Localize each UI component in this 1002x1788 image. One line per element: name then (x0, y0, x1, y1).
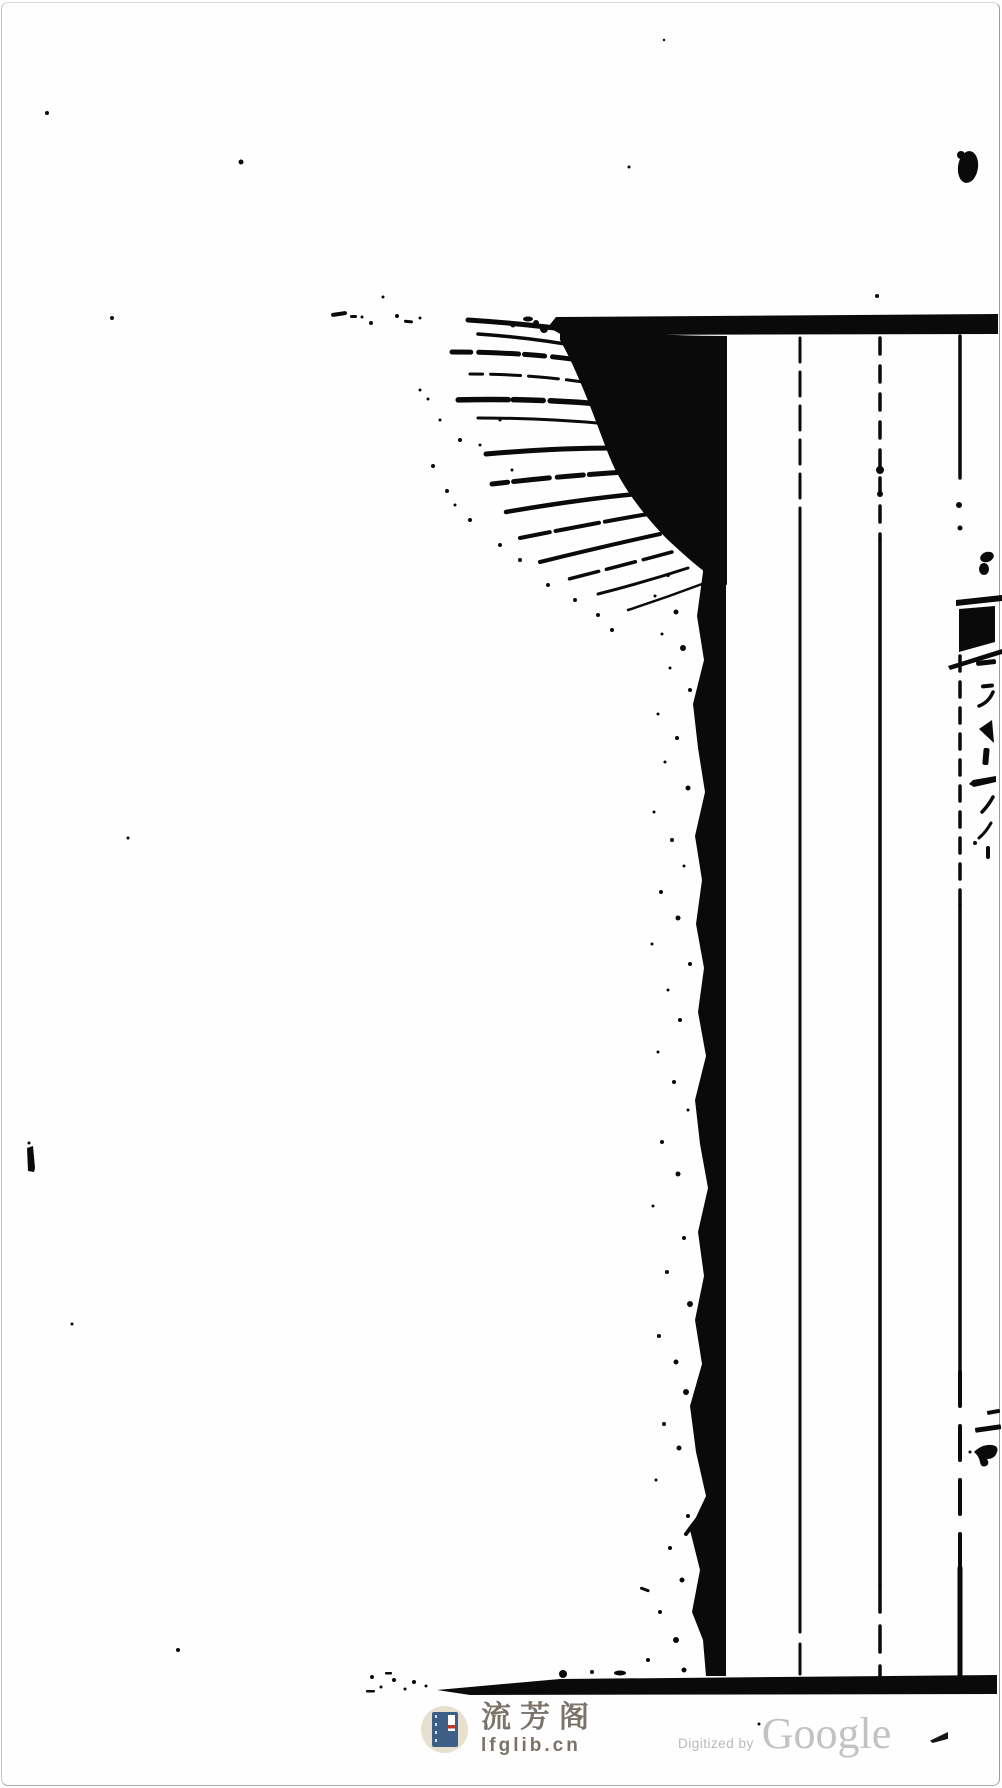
watermark-text: 流芳阁 lfglib.cn (481, 1703, 598, 1755)
column-rule-3 (956, 336, 963, 1676)
ink-specks (27, 39, 761, 1726)
google-logo: Google (762, 1712, 892, 1756)
library-watermark: 流芳阁 lfglib.cn (421, 1703, 598, 1755)
watermark-badge (421, 1706, 468, 1753)
bottom-frame-rule (366, 1668, 997, 1696)
credit-prefix: Digitized by (678, 1736, 754, 1751)
watermark-title: 流芳阁 (481, 1703, 598, 1733)
scanned-book-page: 流芳阁 lfglib.cn Digitized by Google (0, 0, 1002, 1788)
book-icon (432, 1712, 458, 1747)
ink-blob (419, 320, 728, 632)
ink-blot-top-right (956, 150, 980, 184)
digitization-credit: Digitized by Google (678, 1712, 891, 1756)
ink-artifacts-layer (0, 0, 1002, 1788)
column-rule-2 (875, 294, 884, 1676)
watermark-domain: lfglib.cn (481, 1736, 598, 1755)
margin-glyph-fragments (948, 550, 1002, 859)
margin-glyph-fragment-lower (969, 1409, 1002, 1467)
